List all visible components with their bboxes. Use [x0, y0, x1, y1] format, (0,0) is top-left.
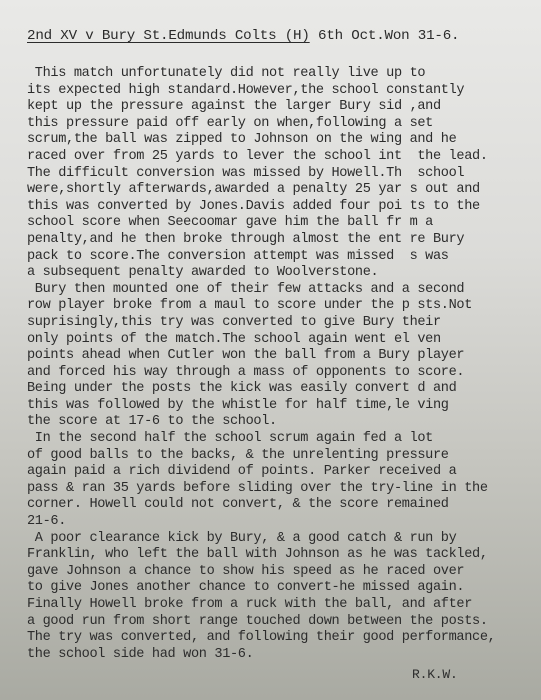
report-line: penalty,and he then broke through almost…	[27, 232, 537, 249]
report-line: of good balls to the backs, & the unrele…	[27, 448, 537, 465]
report-line: this was converted by Jones.Davis added …	[27, 199, 537, 216]
report-line: this was followed by the whistle for hal…	[27, 398, 537, 415]
report-line: only points of the match.The school agai…	[27, 332, 537, 349]
report-line: kept up the pressure against the larger …	[27, 99, 537, 116]
report-line: suprisingly,this try was converted to gi…	[27, 315, 537, 332]
report-line: In the second half the school scrum agai…	[27, 431, 537, 448]
report-line: Bury then mounted one of their few attac…	[27, 282, 537, 299]
match-report-title: 2nd XV v Bury St.Edmunds Colts (H) 6th O…	[27, 28, 459, 44]
report-line: Being under the posts the kick was easil…	[27, 381, 537, 398]
report-body: This match unfortunately did not really …	[27, 66, 537, 663]
report-line: scrum,the ball was zipped to Johnson on …	[27, 132, 537, 149]
report-line: to give Jones another chance to convert-…	[27, 580, 537, 597]
report-line: a subsequent penalty awarded to Woolvers…	[27, 265, 537, 282]
typewritten-page: 2nd XV v Bury St.Edmunds Colts (H) 6th O…	[0, 0, 541, 700]
report-line: pack to score.The conversion attempt was…	[27, 249, 537, 266]
report-line: this pressure paid off early on when,fol…	[27, 116, 537, 133]
report-line: and forced his way through a mass of opp…	[27, 365, 537, 382]
report-line: the school side had won 31-6.	[27, 647, 537, 664]
report-line: points ahead when Cutler won the ball fr…	[27, 348, 537, 365]
match-date-result: 6th Oct.Won 31-6.	[310, 28, 460, 44]
report-line: A poor clearance kick by Bury, & a good …	[27, 531, 537, 548]
report-line: Franklin, who left the ball with Johnson…	[27, 547, 537, 564]
report-line: corner. Howell could not convert, & the …	[27, 497, 537, 514]
report-line: school score when Seecoomar gave him the…	[27, 215, 537, 232]
report-line: gave Johnson a chance to show his speed …	[27, 564, 537, 581]
author-initials: R.K.W.	[412, 667, 458, 682]
report-line: The try was converted, and following the…	[27, 630, 537, 647]
report-line: pass & ran 35 yards before sliding over …	[27, 481, 537, 498]
report-line: row player broke from a maul to score un…	[27, 298, 537, 315]
report-line: 21-6.	[27, 514, 537, 531]
report-line: again paid a rich dividend of points. Pa…	[27, 464, 537, 481]
report-line: Finally Howell broke from a ruck with th…	[27, 597, 537, 614]
report-line: This match unfortunately did not really …	[27, 66, 537, 83]
report-line: a good run from short range touched down…	[27, 614, 537, 631]
report-line: its expected high standard.However,the s…	[27, 83, 537, 100]
report-line: The difficult conversion was missed by H…	[27, 166, 537, 183]
report-line: raced over from 25 yards to lever the sc…	[27, 149, 537, 166]
report-line: the score at 17-6 to the school.	[27, 414, 537, 431]
report-line: were,shortly afterwards,awarded a penalt…	[27, 182, 537, 199]
match-heading: 2nd XV v Bury St.Edmunds Colts (H)	[27, 28, 310, 44]
